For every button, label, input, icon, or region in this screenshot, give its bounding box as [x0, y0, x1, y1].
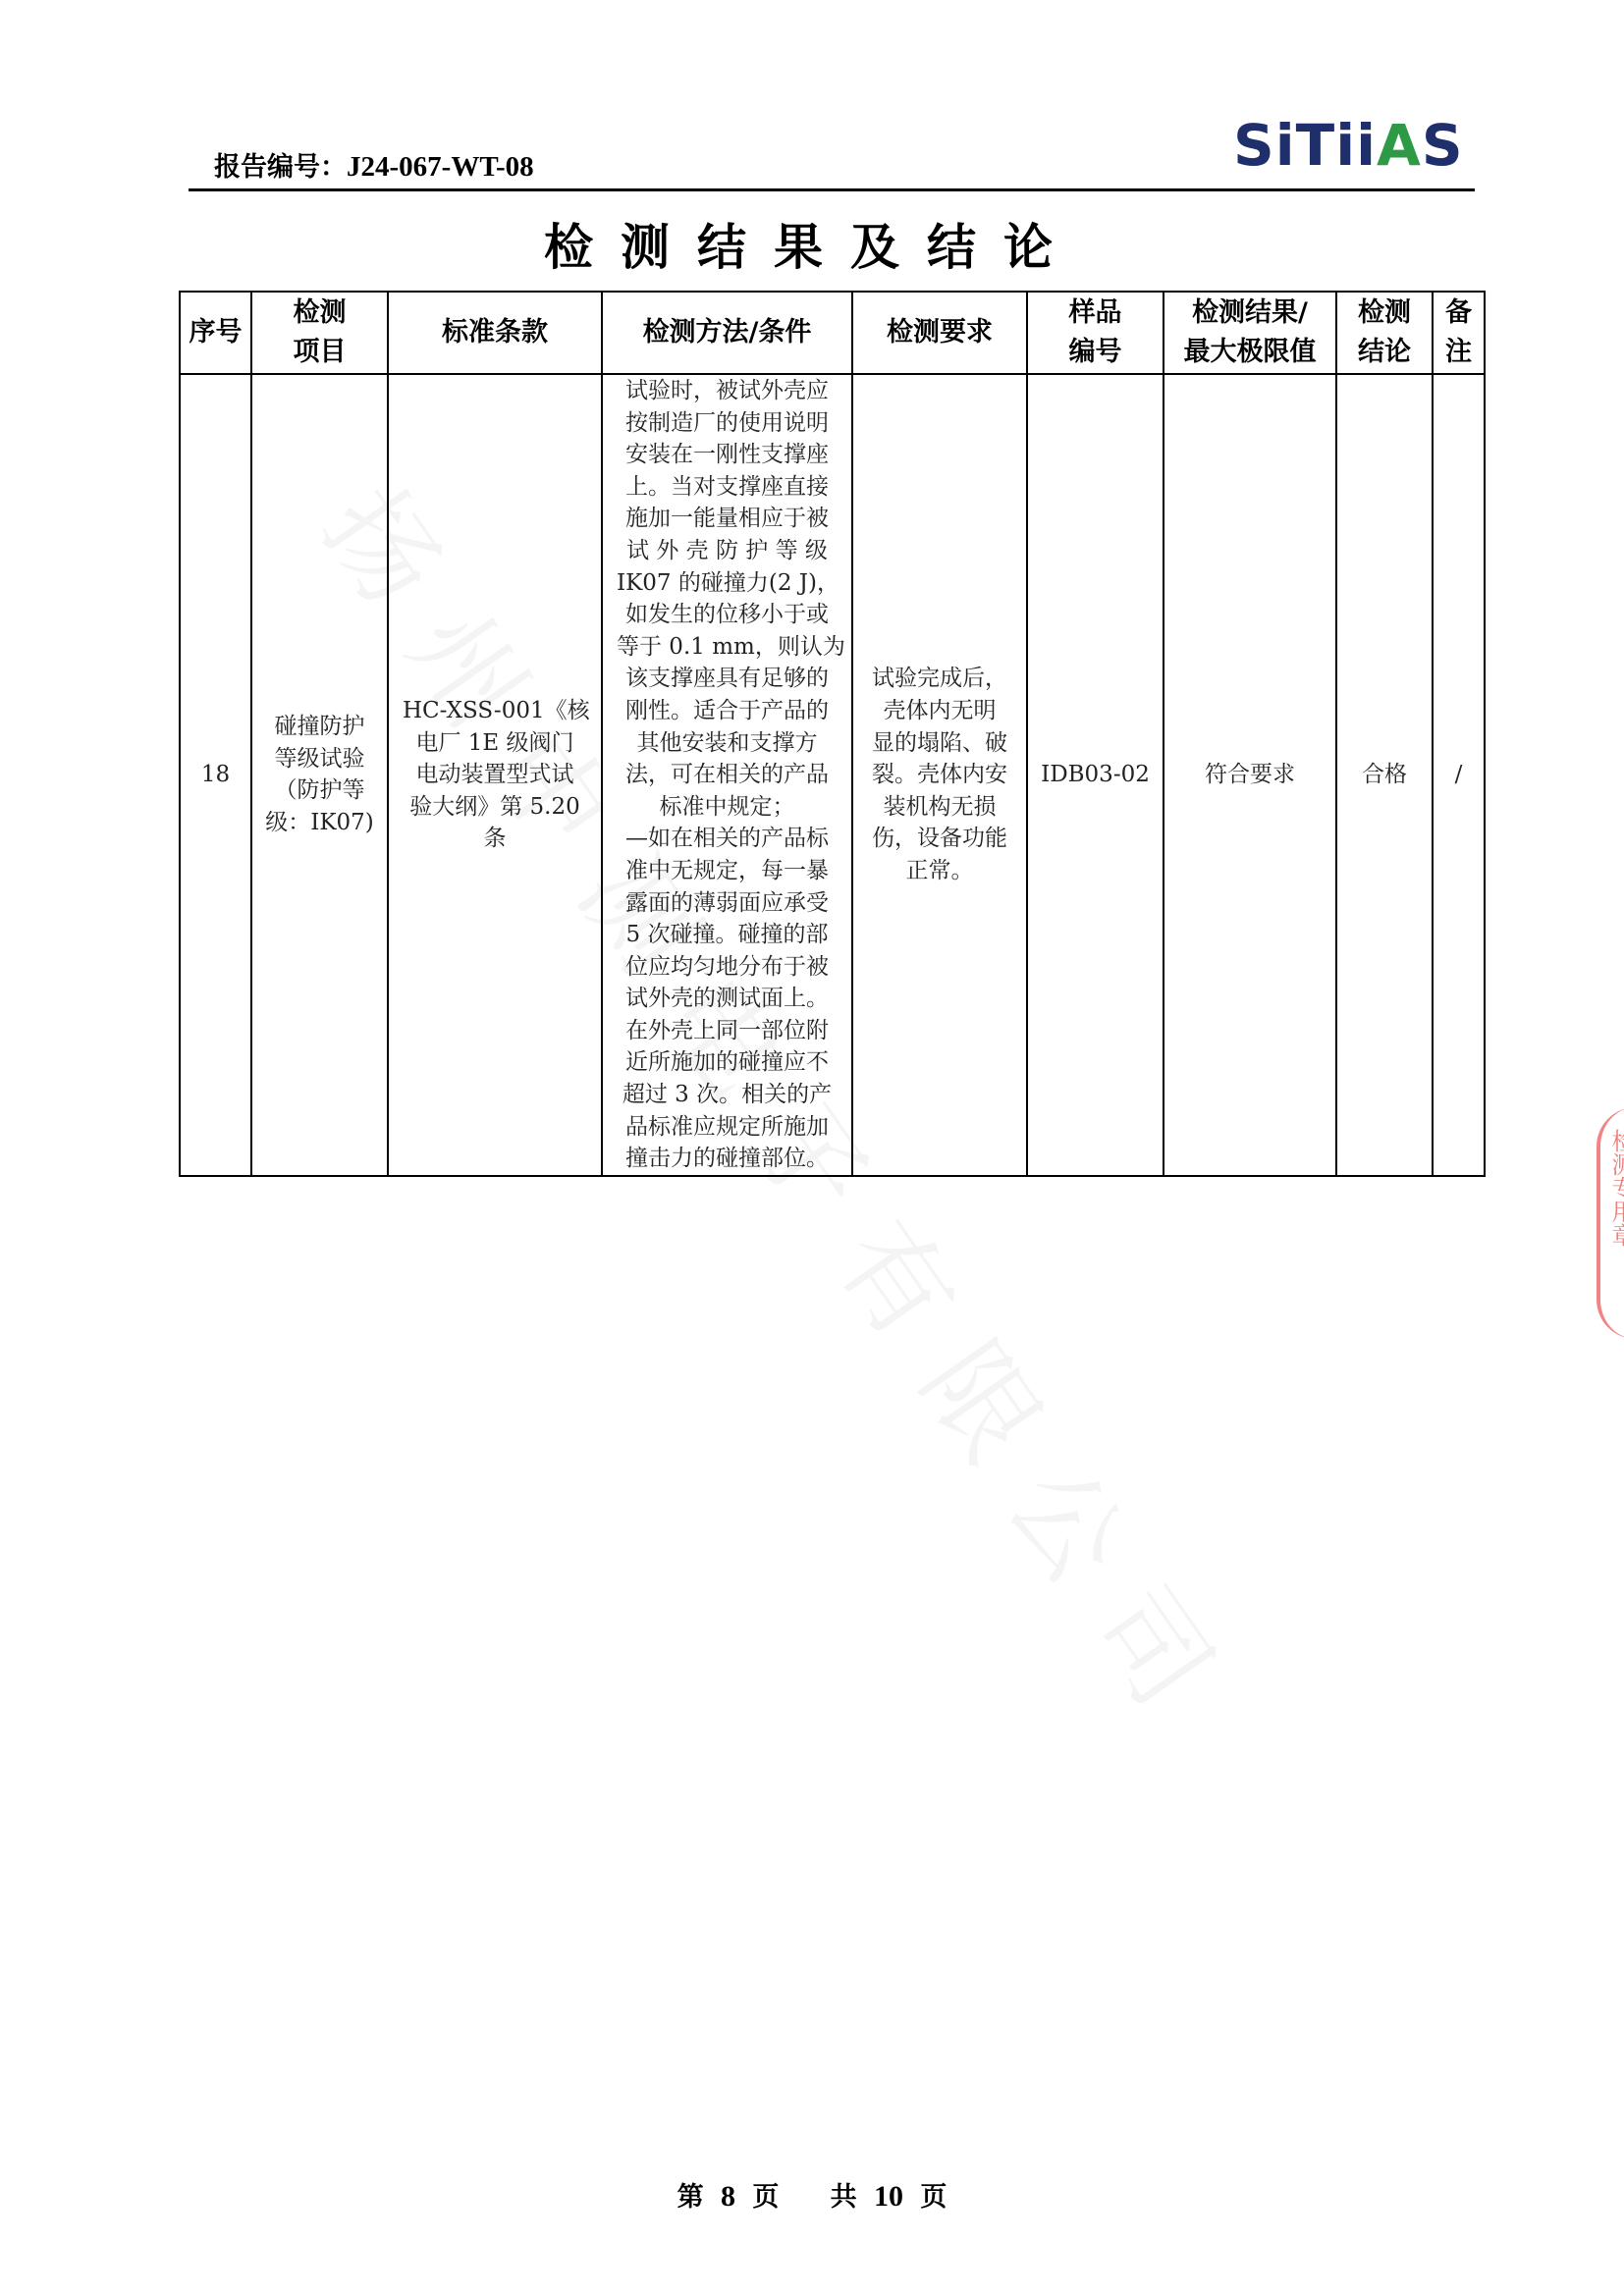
cell-sample-id: IDB03-02	[1027, 374, 1164, 1176]
col-header-sample: 样品编号	[1027, 292, 1164, 374]
col-header-remark: 备注	[1433, 292, 1485, 374]
total-pages: 10	[874, 2180, 903, 2213]
cell-item: 碰撞防护 等级试验 （防护等 级：IK07)	[251, 374, 388, 1176]
report-number: 报告编号：J24-067-WT-08	[214, 145, 534, 184]
cell-requirement: 试验完成后， 壳体内无明 显的塌陷、破 裂。壳体内安 装机构无损 伤，设备功能 …	[852, 374, 1027, 1176]
logo-text-part1: SiTii	[1233, 112, 1377, 179]
logo-text-part3: S	[1422, 112, 1464, 179]
cell-remark: /	[1433, 374, 1485, 1176]
col-header-item: 检测项目	[251, 292, 388, 374]
company-logo: SiTiiAS	[1233, 116, 1464, 179]
col-header-result: 检测结果/最大极限值	[1164, 292, 1336, 374]
seal-stamp-text: 检测专用章	[1604, 1129, 1624, 1247]
col-header-conclusion: 检测结论	[1336, 292, 1433, 374]
col-header-seq: 序号	[180, 292, 251, 374]
page-footer: 第 8 页 共 10 页	[0, 2175, 1624, 2214]
report-number-value: J24-067-WT-08	[347, 151, 534, 183]
cell-standard: HC-XSS-001《核 电厂 1E 级阀门 电动装置型式试 验大纲》第 5.2…	[388, 374, 602, 1176]
col-header-requirement: 检测要求	[852, 292, 1027, 374]
results-table: 序号 检测项目 标准条款 检测方法/条件 检测要求 样品编号 检测结果/最大极限…	[179, 291, 1486, 1177]
table-header-row: 序号 检测项目 标准条款 检测方法/条件 检测要求 样品编号 检测结果/最大极限…	[180, 292, 1485, 374]
report-number-label: 报告编号：	[214, 152, 347, 183]
cell-method: 试验时，被试外壳应 按制造厂的使用说明 安装在一刚性支撑座 上。当对支撑座直接 …	[602, 374, 852, 1176]
logo-text-part2: A	[1377, 112, 1422, 179]
current-page: 8	[721, 2180, 735, 2213]
col-header-method: 检测方法/条件	[602, 292, 852, 374]
table-row: 18 碰撞防护 等级试验 （防护等 级：IK07) HC-XSS-001《核 电…	[180, 374, 1485, 1176]
col-header-standard: 标准条款	[388, 292, 602, 374]
cell-conclusion: 合格	[1336, 374, 1433, 1176]
header-divider	[189, 188, 1475, 191]
cell-seq: 18	[180, 374, 251, 1176]
cell-result: 符合要求	[1164, 374, 1336, 1176]
page-title: 检测结果及结论	[0, 208, 1624, 279]
